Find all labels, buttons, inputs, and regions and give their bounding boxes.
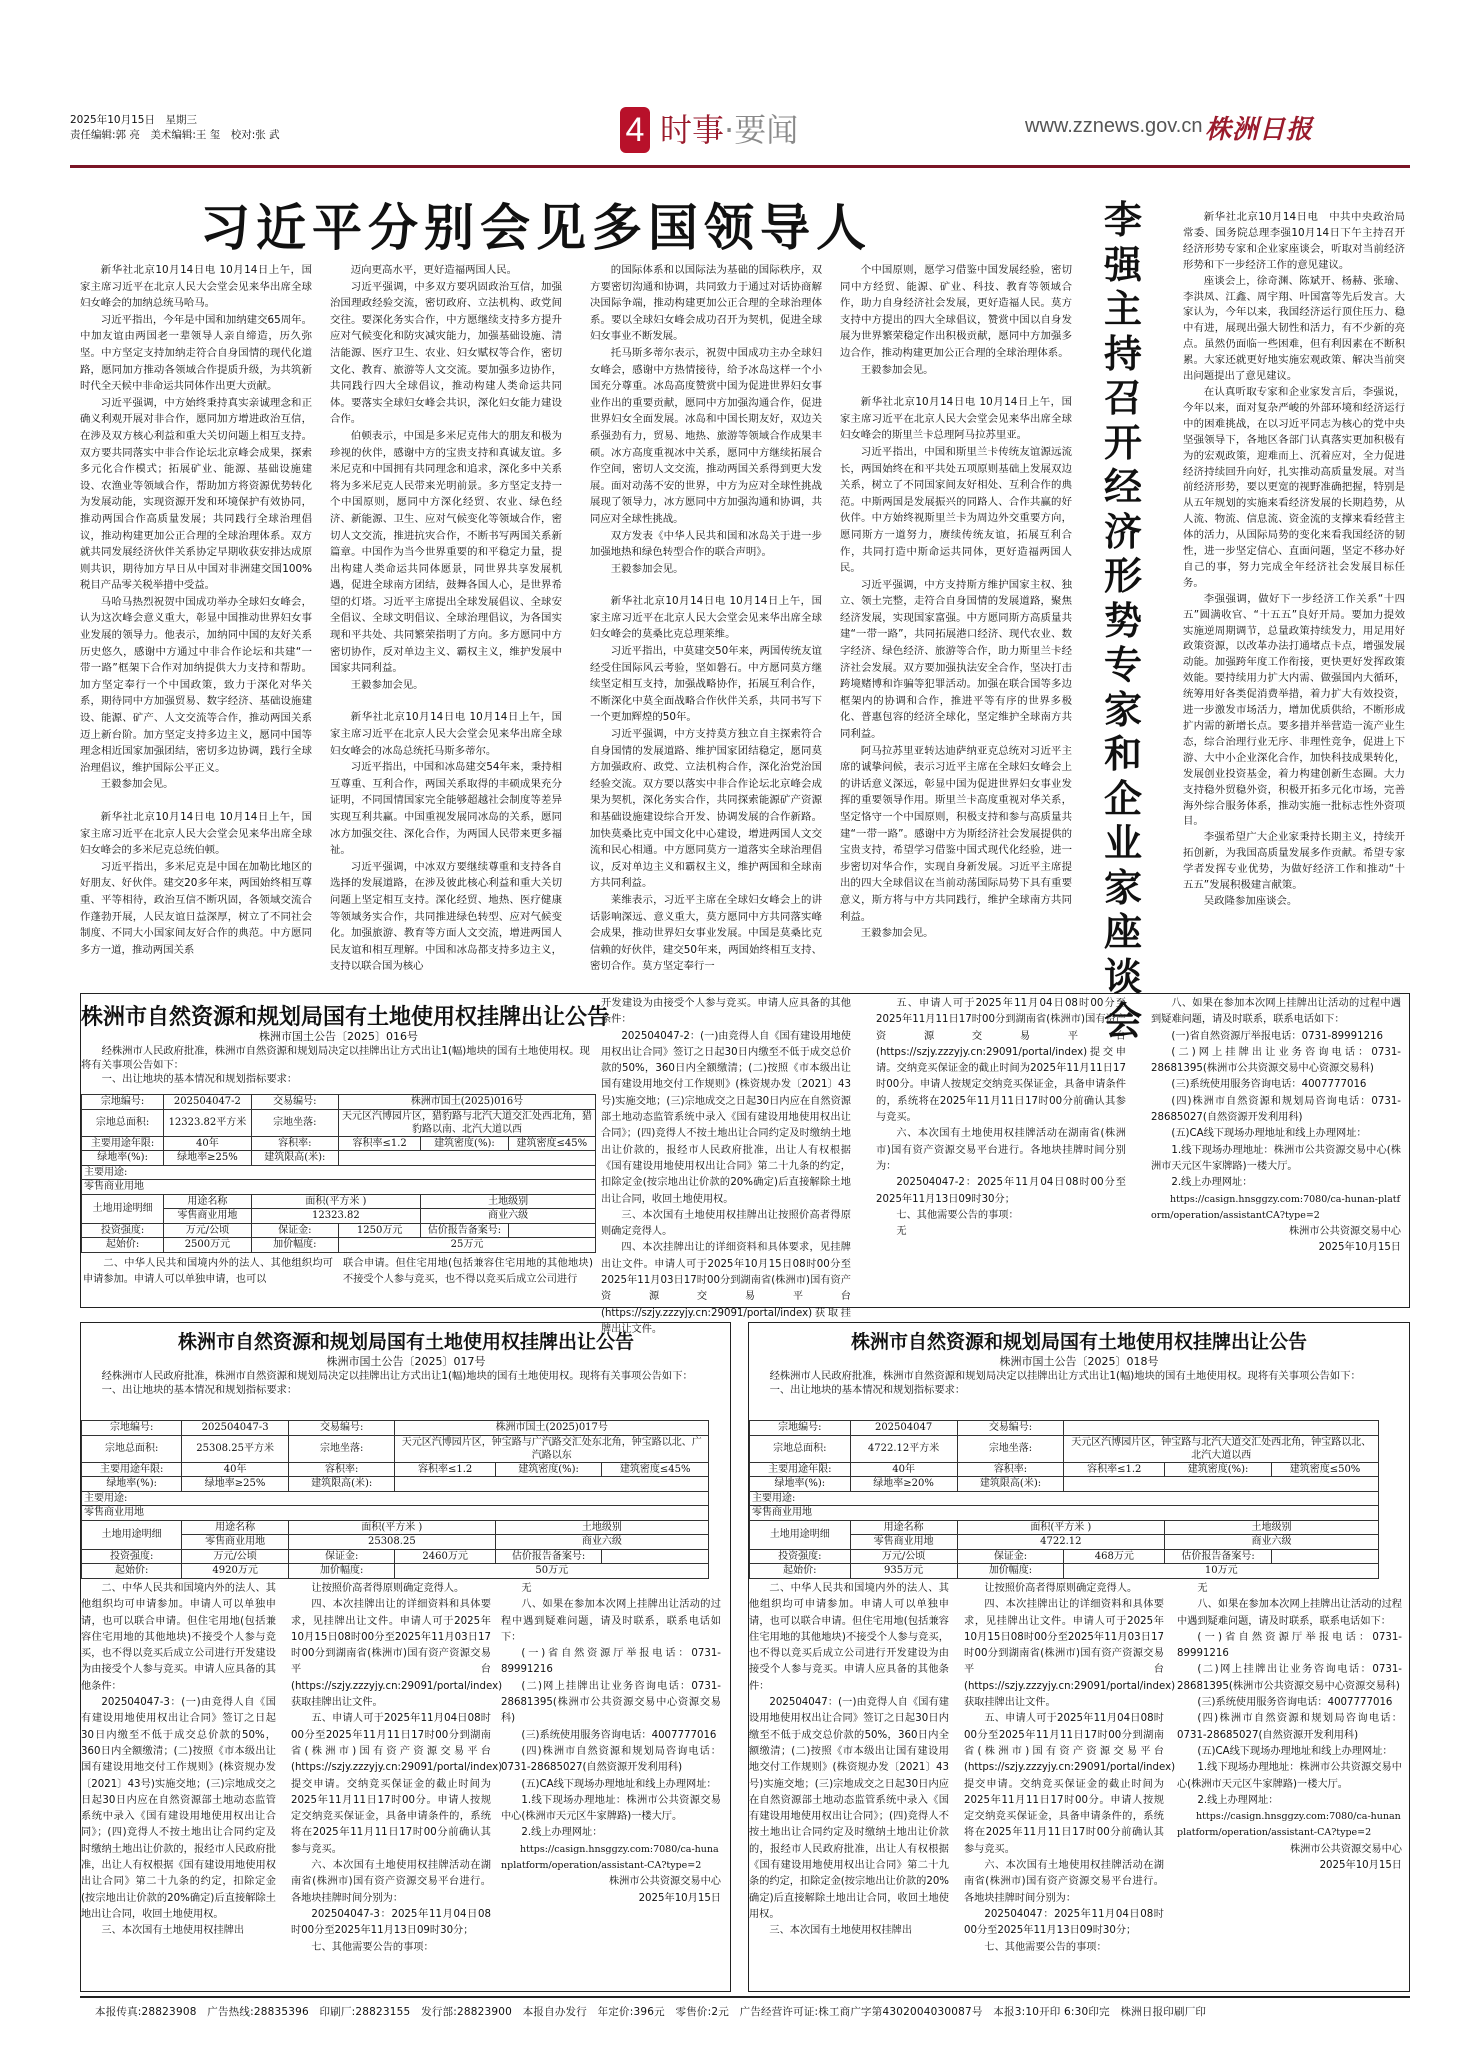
cell-increment: 25万元 <box>338 1238 595 1253</box>
article-column-3: 的国际体系和以国际法为基础的国际秩序，双方要密切沟通和协调，共同致力于通过对话协… <box>590 262 822 975</box>
paragraph: 王毅参加会见。 <box>840 925 1072 942</box>
paragraph: 无 <box>501 1581 721 1597</box>
notice-body-col2: 让按照价高者得原则确定竞得人。四、本次挂牌出让的详细资料和具体要求，见挂牌出让文… <box>964 1581 1164 1956</box>
article-column-4: 个中国原则，愿学习借鉴中国发展经验，密切同中方经贸、能源、矿业、科技、教育等领域… <box>840 262 1072 942</box>
paragraph: 联合申请。但住宅用地(包括兼容住宅用地的其他地块)不接受个人参与竞买，也不得以竞… <box>343 1256 593 1288</box>
paragraph: 开发建设为由接受个人参与竞买。申请人应具备的其他条件： <box>601 996 851 1029</box>
paragraph: 六、本次国有土地使用权挂牌活动在湖南省(株洲市)国有资产资源交易平台进行。各地块… <box>291 1858 491 1907</box>
cell-use: 零售商业用地 <box>750 1506 1379 1521</box>
land-table: 宗地编号:202504047-3交易编号:株洲市国土(2025)017号 宗地总… <box>81 1420 709 1579</box>
notice-intro: 经株洲市人民政府批准，株洲市自然资源和规划局决定以挂牌出让方式出让1(幅)地块的… <box>749 1369 1407 1397</box>
cell-term: 40年 <box>850 1462 957 1477</box>
article-column-1: 新华社北京10月14日电 10月14日上午，国家主席习近平在北京人民大会堂会见来… <box>80 262 312 958</box>
cell-location_label: 宗地坐落: <box>251 1109 338 1136</box>
cell-trade_no <box>1064 1421 1379 1436</box>
cell-appraisal_label: 估价报告备案号: <box>1165 1549 1272 1564</box>
cell-start_label: 起始价: <box>82 1238 164 1253</box>
cell-invest_label: 投资强度: <box>82 1223 164 1238</box>
paragraph: 七、其他需要公告的事项： <box>964 1940 1164 1956</box>
paragraph: 二、中华人民共和国境内外的法人、其他组织均可申请参加。申请人可以单独申请，也可以 <box>83 1256 333 1288</box>
paragraph: https://casign.hnsggzy.com:7080/ca-hunan… <box>1151 1192 1401 1225</box>
cell-area: 12323.82平方米 <box>164 1109 251 1136</box>
table-row: 宗地总面积:4722.12平方米宗地坐落:天元区汽博园片区，钟宝路与北汽大道交汇… <box>750 1435 1379 1462</box>
table-row: 宗地总面积:12323.82平方米宗地坐落:天元区汽博园片区，猎豹路与北汽大道交… <box>82 1109 596 1136</box>
cell-density_label: 建筑密度(%): <box>421 1136 508 1151</box>
cell-detail_h1: 用途名称 <box>182 1520 289 1535</box>
cell-detail_label: 土地用途明细 <box>82 1194 164 1223</box>
table-row: 主要用途: <box>82 1165 596 1180</box>
notice-title: 株洲市自然资源和规划局国有土地使用权挂牌出让公告 <box>81 1000 596 1031</box>
land-table: 宗地编号:202504047交易编号: 宗地总面积:4722.12平方米宗地坐落… <box>749 1420 1379 1579</box>
paragraph: 五、申请人可于2025年11月04日08时00分至2025年11月11日17时0… <box>291 1711 491 1858</box>
paragraph: 202504047-3：2025年11月04日08时00分至2025年11月13… <box>291 1907 491 1940</box>
cell-start: 4920万元 <box>182 1564 289 1579</box>
paragraph: 202504047-3：(一)由竞得人自《国有建设用地使用权出让合同》签订之日起… <box>81 1695 276 1923</box>
cell-appraisal_label: 估价报告备案号: <box>421 1223 508 1238</box>
notice-body-col3: 无八、如果在参加本次网上挂牌出让活动的过程中遇到疑难问题，请及时联系，联系电话如… <box>1177 1581 1402 1874</box>
section-separator: · <box>724 111 734 149</box>
table-row: 土地用途明细用途名称面积(平方米 )土地级别 <box>750 1520 1379 1535</box>
table-row: 宗地总面积:25308.25平方米宗地坐落:天元区汽博园片区，钟宝路与广汽路交汇… <box>82 1435 709 1462</box>
paragraph: 习近平指出，中国和冰岛建交54年来，秉持相互尊重、互利合作，两国关系取得的丰硕成… <box>330 759 562 859</box>
notice-signer: 株洲市公共资源交易中心 <box>501 1874 721 1890</box>
cell-parcel_no_label: 宗地编号: <box>82 1421 182 1436</box>
cell-start_label: 起始价: <box>82 1564 182 1579</box>
cell-detail_h2: 面积(平方米 ) <box>957 1520 1165 1535</box>
cell-deposit: 2460万元 <box>395 1549 495 1564</box>
cell-green_label: 绿地率(%): <box>82 1477 182 1492</box>
cell-use_label: 主要用途: <box>750 1491 1379 1506</box>
paragraph: 新华社北京10月14日电 10月14日上午，国家主席习近平在北京人民大会堂会见来… <box>840 394 1072 444</box>
cell-deposit_label: 保证金: <box>288 1549 395 1564</box>
paragraph: (五)CA线下现场办理地址和线上办理网址： <box>501 1777 721 1793</box>
table-row: 投资强度:万元/公顷保证金:1250万元估价报告备案号: <box>82 1223 596 1238</box>
cell-density: 建筑密度≤50% <box>1272 1462 1379 1477</box>
cell-location_label: 宗地坐落: <box>957 1435 1064 1462</box>
cell-appraisal <box>602 1549 709 1564</box>
cell-parcel_no_label: 宗地编号: <box>750 1421 851 1436</box>
cell-start: 935万元 <box>850 1564 957 1579</box>
paragraph: 习近平强调，中方始终秉持真实亲诚理念和正确义利观开展对非合作，愿同加方增进政治互… <box>80 395 312 594</box>
table-row: 宗地编号:202504047交易编号: <box>750 1421 1379 1436</box>
cell-deposit_label: 保证金: <box>251 1223 338 1238</box>
notice-018: 株洲市自然资源和规划局国有土地使用权挂牌出让公告 株洲市国土公告〔2025〕01… <box>748 1322 1410 1992</box>
cell-density: 建筑密度≤45% <box>508 1136 595 1151</box>
cell-appraisal_label: 估价报告备案号: <box>495 1549 602 1564</box>
cell-detail_label: 土地用途明细 <box>82 1520 182 1549</box>
cell-detail_v1: 零售商业用地 <box>850 1535 957 1550</box>
cell-increment_label: 加价幅度: <box>288 1564 395 1579</box>
notice-016: 株洲市自然资源和规划局国有土地使用权挂牌出让公告 株洲市国土公告〔2025〕01… <box>80 993 1410 1308</box>
paragraph: 阿马拉苏里亚转达迪萨纳亚克总统对习近平主席的诚挚问候，表示习近平主席在全球妇女峰… <box>840 743 1072 926</box>
cell-trade_no_label: 交易编号: <box>957 1421 1064 1436</box>
article-column-2: 迈向更高水平，更好造福两国人民。习近平强调，中多双方要巩固政治互信，加强治国理政… <box>330 262 562 975</box>
cell-far: 容积率≤1.2 <box>338 1136 420 1151</box>
page-number-badge: 4 <box>620 107 650 153</box>
notice-body-col3: 开发建设为由接受个人参与竞买。申请人应具备的其他条件：202504047-2：(… <box>601 996 851 1338</box>
paragraph: 八、如果在参加本次网上挂牌出让活动的过程中遇到疑难问题，请及时联系，联系电话如下… <box>1177 1597 1402 1630</box>
cell-start_label: 起始价: <box>750 1564 851 1579</box>
notice-intro: 经株洲市人民政府批准，株洲市自然资源和规划局决定以挂牌出让方式出让1(幅)地块的… <box>81 1369 729 1397</box>
issue-meta: 2025年10月15日 星期三 责任编辑:郭 亮 美术编辑:王 玺 校对:张 武 <box>70 113 280 143</box>
cell-use_label: 主要用途: <box>82 1491 709 1506</box>
table-row: 投资强度:万元/公顷保证金:468万元估价报告备案号: <box>750 1549 1379 1564</box>
side-article-title: 李强主持召开经济形势专家和企业家座谈会 <box>1103 198 1143 1044</box>
section-sub: 要闻 <box>734 111 798 149</box>
paragraph: 202504047：2025年11月04日08时00分至2025年11月13日0… <box>964 1907 1164 1940</box>
notice-017: 株洲市自然资源和规划局国有土地使用权挂牌出让公告 株洲市国土公告〔2025〕01… <box>80 1322 731 1992</box>
paragraph: 王毅参加会见。 <box>80 776 312 793</box>
cell-area_label: 宗地总面积: <box>82 1435 182 1462</box>
paragraph: 新华社北京10月14日电 10月14日上午，国家主席习近平在北京人民大会堂会见来… <box>80 262 312 312</box>
paragraph: 无 <box>876 1224 1126 1240</box>
paragraph: (一)省自然资源厅举报电话：0731-89991216 <box>1177 1630 1402 1663</box>
notice-body-col1: 二、中华人民共和国境内外的法人、其他组织均可申请参加。申请人可以单独申请，也可以… <box>749 1581 949 1940</box>
paragraph: 让按照价高者得原则确定竞得人。 <box>291 1581 491 1597</box>
paragraph: 八、如果在参加本次网上挂牌出让活动的过程中遇到疑难问题，请及时联系，联系电话如下… <box>1151 996 1401 1029</box>
cell-green: 绿地率≥25% <box>164 1151 251 1166</box>
table-row: 主要用途: <box>750 1491 1379 1506</box>
side-article-body: 新华社北京10月14日电 中共中央政治局常委、国务院总理李强10月14日下午主持… <box>1183 210 1405 910</box>
cell-location_label: 宗地坐落: <box>288 1435 395 1462</box>
paragraph: 李强希望广大企业家秉持长期主义，持续开拓创新，为我国高质量发展多作贡献。希望专家… <box>1183 830 1405 894</box>
cell-term_label: 主要用途年限: <box>82 1136 164 1151</box>
paragraph: (二)网上挂牌出让业务咨询电话：0731-28681395(株洲市公共资源交易中… <box>1177 1662 1402 1695</box>
notice-body-col2: 联合申请。但住宅用地(包括兼容住宅用地的其他地块)不接受个人参与竞买，也不得以竞… <box>343 1256 593 1288</box>
table-row: 土地用途明细用途名称面积(平方米 )土地级别 <box>82 1194 596 1209</box>
paragraph: 李强强调，做好下一步经济工作关系“十四五”圆满收官、“十五五”良好开局。要加力提… <box>1183 592 1405 831</box>
cell-detail_v1: 零售商业用地 <box>182 1535 289 1550</box>
paragraph: 八、如果在参加本次网上挂牌出让活动的过程中遇到疑难问题，请及时联系，联系电话如下… <box>501 1597 721 1646</box>
paragraph: 六、本次国有土地使用权挂牌活动在湖南省(株洲市)国有资产资源交易平台进行。各地块… <box>876 1126 1126 1175</box>
cell-detail_v2: 25308.25 <box>288 1535 495 1550</box>
paragraph: 七、其他需要公告的事项： <box>876 1208 1126 1224</box>
cell-detail_h3: 土地级别 <box>1165 1520 1379 1535</box>
cell-location: 天元区汽博园片区，钟宝路与北汽大道交汇处西北角，钟宝路以北、北汽大道以西 <box>1064 1435 1379 1462</box>
cell-height_label: 建筑限高(米): <box>957 1477 1064 1492</box>
cell-start: 2500万元 <box>164 1238 251 1253</box>
paragraph: 四、本次挂牌出让的详细资料和具体要求，见挂牌出让文件。申请人可于2025年10月… <box>291 1597 491 1711</box>
paragraph: 202504047-2：2025年11月04日08时00分至2025年11月13… <box>876 1175 1126 1208</box>
cell-detail_v3: 商业六级 <box>495 1535 708 1550</box>
cell-area_label: 宗地总面积: <box>750 1435 851 1462</box>
cell-term_label: 主要用途年限: <box>750 1462 851 1477</box>
notice-signer: 株洲市公共资源交易中心 <box>1151 1224 1401 1240</box>
cell-use: 零售商业用地 <box>82 1506 709 1521</box>
table-row: 零售商业用地 <box>82 1506 709 1521</box>
cell-trade_no_label: 交易编号: <box>251 1095 338 1110</box>
footer-rule <box>80 1996 1410 1998</box>
cell-parcel_no: 202504047-2 <box>164 1095 251 1110</box>
paragraph: 座谈会上，徐奇渊、陈斌开、杨赫、张瑜、李洪凤、江鑫、周宇翔、叶国富等先后发言。大… <box>1183 274 1405 385</box>
notice-body-col2: 让按照价高者得原则确定竞得人。四、本次挂牌出让的详细资料和具体要求，见挂牌出让文… <box>291 1581 491 1956</box>
paragraph: 习近平指出，中莫建交50年来，两国传统友谊经受住国际风云考验，坚如磐石。中方愿同… <box>590 643 822 726</box>
paragraph: 1.线下现场办理地址：株洲市公共资源交易中心(株洲市天元区牛家牌路)一楼大厅。 <box>1151 1143 1401 1176</box>
paragraph: 三、本次国有土地使用权挂牌出让按照价高者得原则确定竞得人。 <box>601 1208 851 1241</box>
paragraph: (五)CA线下现场办理地址和线上办理网址： <box>1151 1126 1401 1142</box>
paragraph: 吴政隆参加座谈会。 <box>1183 894 1405 910</box>
website-link[interactable]: www.zznews.gov.cn <box>1025 115 1202 138</box>
paragraph: 2.线上办理网址： <box>501 1825 721 1841</box>
notice-title: 株洲市自然资源和规划局国有土地使用权挂牌出让公告 <box>749 1327 1409 1354</box>
paragraph: 双方发表《中华人民共和国和冰岛关于进一步加强地热和绿色转型合作的联合声明》。 <box>590 528 822 561</box>
paragraph: 2.线上办理网址： <box>1151 1175 1401 1191</box>
paragraph: 王毅参加会见。 <box>840 362 1072 379</box>
paragraph: 习近平强调，中多双方要巩固政治互信，加强治国理政经验交流，密切政府、立法机构、政… <box>330 279 562 428</box>
table-row: 主要用途年限:40年容积率:容积率≤1.2建筑密度(%):建筑密度≤45% <box>82 1462 709 1477</box>
table-row: 土地用途明细用途名称面积(平方米 )土地级别 <box>82 1520 709 1535</box>
paragraph: 习近平指出，多米尼克是中国在加勒比地区的好朋友、好伙伴。建交20多年来，两国始终… <box>80 859 312 959</box>
cell-far: 容积率≤1.2 <box>395 1462 495 1477</box>
paragraph: (四)株洲市自然资源和规划局咨询电话：0731-28685027(自然资源开发利… <box>501 1744 721 1777</box>
paragraph: https://casign.hnsggzy.com:7080/ca-hunan… <box>501 1842 721 1875</box>
cell-invest: 万元/公顷 <box>182 1549 289 1564</box>
cell-far_label: 容积率: <box>957 1462 1064 1477</box>
cell-area_label: 宗地总面积: <box>82 1109 164 1136</box>
table-row: 起始价:4920万元加价幅度:50万元 <box>82 1564 709 1579</box>
paragraph: (三)系统使用服务咨询电话：4007777016 <box>1177 1695 1402 1711</box>
paragraph: (一)省自然资源厅举报电话：0731-89991216 <box>1151 1029 1401 1045</box>
cell-area: 4722.12平方米 <box>850 1435 957 1462</box>
cell-appraisal <box>508 1223 595 1238</box>
newspaper-logo: 株洲日报 <box>1205 109 1313 146</box>
cell-height <box>1064 1477 1379 1492</box>
cell-trade_no: 株洲市国土(2025)016号 <box>338 1095 595 1110</box>
notice-body-col1: 二、中华人民共和国境内外的法人、其他组织均可申请参加。申请人可以单独申请，也可以… <box>81 1581 276 1940</box>
cell-green: 绿地率≥20% <box>850 1477 957 1492</box>
cell-trade_no: 株洲市国土(2025)017号 <box>395 1421 709 1436</box>
cell-density: 建筑密度≤45% <box>602 1462 709 1477</box>
land-info-table: 宗地编号:202504047交易编号: 宗地总面积:4722.12平方米宗地坐落… <box>749 1420 1379 1579</box>
cell-detail_h1: 用途名称 <box>164 1194 251 1209</box>
paragraph: 习近平强调，中方支持莫方独立自主探索符合自身国情的发展道路、维护国家团结稳定，愿… <box>590 726 822 892</box>
paragraph: 新华社北京10月14日电 10月14日上午，国家主席习近平在北京人民大会堂会见来… <box>80 809 312 859</box>
paragraph: 习近平强调，中方支持斯方维护国家主权、独立、领土完整，走符合自身国情的发展道路，… <box>840 577 1072 743</box>
paragraph: 五、申请人可于2025年11月04日08时00分至2025年11月11日17时0… <box>964 1711 1164 1858</box>
cell-trade_no_label: 交易编号: <box>288 1421 395 1436</box>
table-row: 主要用途: <box>82 1491 709 1506</box>
notice-title: 株洲市自然资源和规划局国有土地使用权挂牌出让公告 <box>81 1327 731 1354</box>
table-row: 主要用途年限:40年容积率:容积率≤1.2建筑密度(%):建筑密度≤45% <box>82 1136 596 1151</box>
cell-density_label: 建筑密度(%): <box>1165 1462 1272 1477</box>
paragraph: 的国际体系和以国际法为基础的国际秩序，双方要密切沟通和协调，共同致力于通过对话协… <box>590 262 822 345</box>
cell-increment_label: 加价幅度: <box>251 1238 338 1253</box>
paragraph: 202504047-2：(一)由竞得人自《国有建设用地使用权出让合同》签订之日起… <box>601 1029 851 1208</box>
paragraph: 三、本次国有土地使用权挂牌出 <box>749 1923 949 1939</box>
cell-invest: 万元/公顷 <box>850 1549 957 1564</box>
cell-detail_v2: 4722.12 <box>957 1535 1165 1550</box>
cell-density_label: 建筑密度(%): <box>495 1462 602 1477</box>
cell-use: 零售商业用地 <box>82 1180 596 1195</box>
paragraph: (二)网上挂牌出让业务咨询电话：0731-28681395(株洲市公共资源交易中… <box>1151 1045 1401 1078</box>
paragraph: 王毅参加会见。 <box>330 677 562 694</box>
paragraph: 无 <box>1177 1581 1402 1597</box>
paragraph: (三)系统使用服务咨询电话：4007777016 <box>501 1728 721 1744</box>
table-row: 起始价:935万元加价幅度:10万元 <box>750 1564 1379 1579</box>
cell-location: 天元区汽博园片区，钟宝路与广汽路交汇处东北角，钟宝路以北、广汽路以东 <box>395 1435 709 1462</box>
table-row: 零售商业用地 <box>750 1506 1379 1521</box>
cell-parcel_no_label: 宗地编号: <box>82 1095 164 1110</box>
cell-green_label: 绿地率(%): <box>750 1477 851 1492</box>
editor-credits: 责任编辑:郭 亮 美术编辑:王 玺 校对:张 武 <box>70 128 280 143</box>
cell-height <box>395 1477 709 1492</box>
paragraph: 1.线下现场办理地址：株洲市公共资源交易中心(株洲市天元区牛家牌路)一楼大厅。 <box>501 1793 721 1826</box>
table-row: 宗地编号:202504047-2交易编号:株洲市国土(2025)016号 <box>82 1095 596 1110</box>
cell-appraisal <box>1272 1549 1379 1564</box>
cell-detail_h1: 用途名称 <box>850 1520 957 1535</box>
paragraph: 2.线上办理网址： <box>1177 1793 1402 1809</box>
paragraph: 伯顿表示，中国是多米尼克伟大的朋友和极为珍视的伙伴，感谢中方的宝贵支持和真诚友谊… <box>330 428 562 677</box>
paragraph: 个中国原则，愿学习借鉴中国发展经验，密切同中方经贸、能源、矿业、科技、教育等领域… <box>840 262 1072 362</box>
notice-date: 2025年10月15日 <box>1151 1240 1401 1256</box>
notice-date: 2025年10月15日 <box>1177 1858 1402 1874</box>
paragraph: 迈向更高水平，更好造福两国人民。 <box>330 262 562 279</box>
cell-deposit_label: 保证金: <box>957 1549 1064 1564</box>
paragraph: 六、本次国有土地使用权挂牌活动在湖南省(株洲市)国有资产资源交易平台进行。各地块… <box>964 1858 1164 1907</box>
cell-far_label: 容积率: <box>288 1462 395 1477</box>
paragraph: 三、本次国有土地使用权挂牌出 <box>81 1923 276 1939</box>
cell-parcel_no: 202504047-3 <box>182 1421 289 1436</box>
notice-number: 株洲市国土公告〔2025〕017号 <box>81 1353 731 1369</box>
notice-number: 株洲市国土公告〔2025〕016号 <box>81 1028 596 1044</box>
paragraph: (二)网上挂牌出让业务咨询电话：0731-28681395(株洲市公共资源交易中… <box>501 1679 721 1728</box>
paragraph: 托马斯多蒂尔表示，祝贺中国成功主办全球妇女峰会，感谢中方热情接待，给予冰岛这样一… <box>590 345 822 528</box>
paragraph: 马哈马热烈祝贺中国成功举办全球妇女峰会，认为这次峰会意义重大，彰显中国推动世界妇… <box>80 594 312 777</box>
paragraph: 新华社北京10月14日电 10月14日上午，国家主席习近平在北京人民大会堂会见来… <box>330 709 562 759</box>
table-row: 绿地率(%):绿地率≥20%建筑限高(米): <box>750 1477 1379 1492</box>
paragraph: 二、中华人民共和国境内外的法人、其他组织均可申请参加。申请人可以单独申请，也可以… <box>81 1581 276 1695</box>
notice-body-col3: 无八、如果在参加本次网上挂牌出让活动的过程中遇到疑难问题，请及时联系，联系电话如… <box>501 1581 721 1907</box>
notice-body-col1: 二、中华人民共和国境内外的法人、其他组织均可申请参加。申请人可以单独申请，也可以 <box>83 1256 333 1288</box>
cell-increment: 10万元 <box>1064 1564 1379 1579</box>
paragraph: (四)株洲市自然资源和规划局咨询电话：0731-28685027(自然资源开发利… <box>1177 1711 1402 1744</box>
masthead: 2025年10月15日 星期三 责任编辑:郭 亮 美术编辑:王 玺 校对:张 武… <box>70 105 1410 167</box>
cell-far_label: 容积率: <box>251 1136 338 1151</box>
table-row: 投资强度:万元/公顷保证金:2460万元估价报告备案号: <box>82 1549 709 1564</box>
table-row: 主要用途年限:40年容积率:容积率≤1.2建筑密度(%):建筑密度≤50% <box>750 1462 1379 1477</box>
cell-detail_h2: 面积(平方米 ) <box>251 1194 421 1209</box>
land-info-table: 宗地编号:202504047-3交易编号:株洲市国土(2025)017号 宗地总… <box>81 1420 709 1579</box>
cell-term: 40年 <box>182 1462 289 1477</box>
land-info-table: 宗地编号:202504047-2交易编号:株洲市国土(2025)016号 宗地总… <box>81 1094 596 1253</box>
cell-invest_label: 投资强度: <box>750 1549 851 1564</box>
paragraph: (三)系统使用服务咨询电话：4007777016 <box>1151 1077 1401 1093</box>
cell-height <box>338 1151 595 1166</box>
header-rule <box>70 165 1410 168</box>
paragraph: 习近平指出，中国和斯里兰卡传统友谊源远流长，两国始终在和平共处五项原则基础上发展… <box>840 444 1072 577</box>
cell-deposit: 1250万元 <box>338 1223 420 1238</box>
paragraph: 在认真听取专家和企业家发言后，李强说，今年以来，面对复杂严峻的外部环境和经济运行… <box>1183 385 1405 592</box>
cell-term: 40年 <box>164 1136 251 1151</box>
table-row: 零售商业用地 <box>82 1180 596 1195</box>
cell-height_label: 建筑限高(米): <box>288 1477 395 1492</box>
cell-detail_h2: 面积(平方米 ) <box>288 1520 495 1535</box>
cell-far: 容积率≤1.2 <box>1064 1462 1165 1477</box>
cell-deposit: 468万元 <box>1064 1549 1165 1564</box>
paragraph: 让按照价高者得原则确定竞得人。 <box>964 1581 1164 1597</box>
paragraph: 1.线下现场办理地址：株洲市公共资源交易中心(株洲市天元区牛家牌路)一楼大厅。 <box>1177 1760 1402 1793</box>
paragraph: (五)CA线下现场办理地址和线上办理网址： <box>1177 1744 1402 1760</box>
paragraph: https://casign.hnsggzy.com:7080/ca-hunan… <box>1177 1809 1402 1842</box>
notice-date: 2025年10月15日 <box>501 1891 721 1907</box>
paragraph: 202504047：(一)由竞得人自《国有建设用地使用权出让合同》签订之日起30… <box>749 1695 949 1923</box>
cell-detail_label: 土地用途明细 <box>750 1520 851 1549</box>
cell-use_label: 主要用途: <box>82 1165 596 1180</box>
cell-area: 25308.25平方米 <box>182 1435 289 1462</box>
notice-body-col4: 五、申请人可于2025年11月04日08时00分至2025年11月11日17时0… <box>876 996 1126 1240</box>
paragraph: 习近平指出，今年是中国和加纳建交65周年。中加友谊由两国老一辈领导人亲自缔造，历… <box>80 312 312 395</box>
notice-signer: 株洲市公共资源交易中心 <box>1177 1842 1402 1858</box>
cell-detail_h3: 土地级别 <box>495 1520 708 1535</box>
land-table: 宗地编号:202504047-2交易编号:株洲市国土(2025)016号 宗地总… <box>81 1094 596 1253</box>
cell-height_label: 建筑限高(米): <box>251 1151 338 1166</box>
notice-contacts: 八、如果在参加本次网上挂牌出让活动的过程中遇到疑难问题，请及时联系，联系电话如下… <box>1151 996 1401 1257</box>
cell-increment: 50万元 <box>395 1564 709 1579</box>
paragraph: 四、本次挂牌出让的详细资料和具体要求，见挂牌出让文件。申请人可于2025年10月… <box>964 1597 1164 1711</box>
cell-detail_h3: 土地级别 <box>421 1194 596 1209</box>
notice-number: 株洲市国土公告〔2025〕018号 <box>749 1353 1409 1369</box>
paragraph: 二、中华人民共和国境内外的法人、其他组织均可申请参加。申请人可以单独申请，也可以… <box>749 1581 949 1695</box>
paragraph: (一)省自然资源厅举报电话：0731-89991216 <box>501 1646 721 1679</box>
cell-increment_label: 加价幅度: <box>957 1564 1064 1579</box>
cell-invest_label: 投资强度: <box>82 1549 182 1564</box>
cell-invest: 万元/公顷 <box>164 1223 251 1238</box>
cell-term_label: 主要用途年限: <box>82 1462 182 1477</box>
cell-green: 绿地率≥25% <box>182 1477 289 1492</box>
notice-intro: 经株洲市人民政府批准，株洲市自然资源和规划局决定以挂牌出让方式出让1(幅)地块的… <box>81 1044 596 1086</box>
cell-detail_v1: 零售商业用地 <box>164 1209 251 1224</box>
section-title: 时事·要闻 <box>660 109 798 151</box>
section-main: 时事 <box>660 111 724 149</box>
table-row: 绿地率(%):绿地率≥25%建筑限高(米): <box>82 1477 709 1492</box>
paragraph: 七、其他需要公告的事项： <box>291 1940 491 1956</box>
table-row: 起始价:2500万元加价幅度:25万元 <box>82 1238 596 1253</box>
main-headline: 习近平分别会见多国领导人 <box>150 188 1050 260</box>
paragraph: (四)株洲市自然资源和规划局咨询电话：0731-28685027(自然资源开发利… <box>1151 1094 1401 1127</box>
cell-detail_v3: 商业六级 <box>421 1209 596 1224</box>
cell-location: 天元区汽博园片区，猎豹路与北汽大道交汇处西北角，猎豹路以南、北汽大道以西 <box>338 1109 595 1136</box>
paragraph: 新华社北京10月14日电 中共中央政治局常委、国务院总理李强10月14日下午主持… <box>1183 210 1405 274</box>
table-row: 绿地率(%):绿地率≥25%建筑限高(米): <box>82 1151 596 1166</box>
footer-info: 本报传真:28823908 广告热线:28835396 印刷厂:28823155… <box>95 2004 1206 2019</box>
cell-parcel_no: 202504047 <box>850 1421 957 1436</box>
issue-date: 2025年10月15日 星期三 <box>70 113 280 128</box>
paragraph: 新华社北京10月14日电 10月14日上午，国家主席习近平在北京人民大会堂会见来… <box>590 593 822 643</box>
cell-detail_v3: 商业六级 <box>1165 1535 1379 1550</box>
paragraph: 王毅参加会见。 <box>590 561 822 578</box>
paragraph: 习近平强调，中冰双方要继续尊重和支持各自选择的发展道路，在涉及彼此核心利益和重大… <box>330 859 562 975</box>
table-row: 宗地编号:202504047-3交易编号:株洲市国土(2025)017号 <box>82 1421 709 1436</box>
paragraph: 五、申请人可于2025年11月04日08时00分至2025年11月11日17时0… <box>876 996 1126 1126</box>
paragraph: 莱维表示，习近平主席在全球妇女峰会上的讲话影响深远、意义重大，莫方愿同中方共同落… <box>590 892 822 975</box>
cell-green_label: 绿地率(%): <box>82 1151 164 1166</box>
cell-detail_v2: 12323.82 <box>251 1209 421 1224</box>
